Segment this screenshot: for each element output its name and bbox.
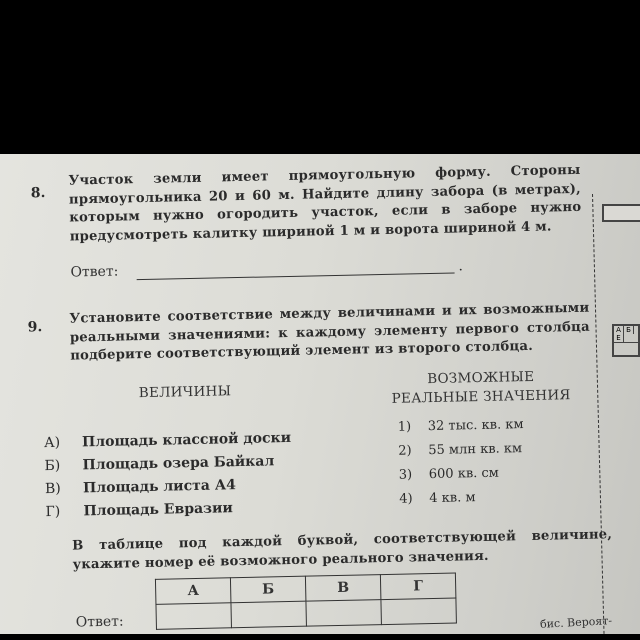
- task-8-text: Участок земли имеет прямоугольную форму.…: [68, 162, 581, 247]
- value-item: 2)55 млн кв. км: [398, 441, 522, 459]
- task-8-answer-label: Ответ:: [70, 264, 118, 281]
- task-9-number: 9.: [27, 319, 42, 335]
- values-header-line1: ВОЗМОЖНЫЕ: [391, 368, 571, 388]
- black-frame-top: [0, 0, 640, 154]
- answer-cell-g[interactable]: [381, 598, 457, 625]
- answer-cell-v[interactable]: [306, 600, 382, 627]
- footer-text: бис. Вероят-: [540, 614, 613, 631]
- textbook-page: 8. Участок земли имеет прямоугольную фор…: [0, 154, 640, 634]
- answer-header-g: Г: [380, 573, 456, 600]
- answer-table-input-row: [156, 598, 456, 629]
- answer-dot: .: [458, 258, 463, 274]
- margin-mini-grid: АБЕ: [612, 324, 640, 357]
- quantity-item: А)Площадь классной доски: [44, 430, 291, 451]
- task-8-number: 8.: [31, 185, 46, 201]
- task-9-answer-label: Ответ:: [76, 614, 124, 631]
- answer-cell-b[interactable]: [231, 601, 307, 628]
- quantity-item: Б)Площадь озера Байкал: [44, 453, 274, 474]
- quantity-item: Г)Площадь Евразии: [45, 500, 233, 520]
- answer-header-b: Б: [230, 576, 306, 603]
- answer-cell-a[interactable]: [156, 603, 232, 630]
- task-9-instruction: В таблице под каждой буквой, соответству…: [72, 526, 613, 574]
- task-8-answer-field[interactable]: [136, 257, 454, 281]
- task-9-text: Установите соответствие между величинами…: [69, 300, 590, 366]
- quantity-item: В)Площадь листа А4: [45, 477, 236, 497]
- value-item: 1)32 тыс. кв. км: [398, 417, 524, 435]
- answer-header-v: В: [305, 575, 381, 602]
- values-header-line2: РЕАЛЬНЫЕ ЗНАЧЕНИЯ: [391, 387, 571, 407]
- value-item: 3)600 кв. см: [399, 466, 499, 483]
- black-frame-bottom: [0, 634, 640, 640]
- answer-table: А Б В Г: [155, 573, 457, 630]
- quantities-header: ВЕЛИЧИНЫ: [115, 383, 255, 402]
- value-item: 4)4 кв. м: [399, 490, 476, 507]
- answer-header-a: А: [155, 578, 231, 605]
- margin-answer-box: [602, 204, 640, 222]
